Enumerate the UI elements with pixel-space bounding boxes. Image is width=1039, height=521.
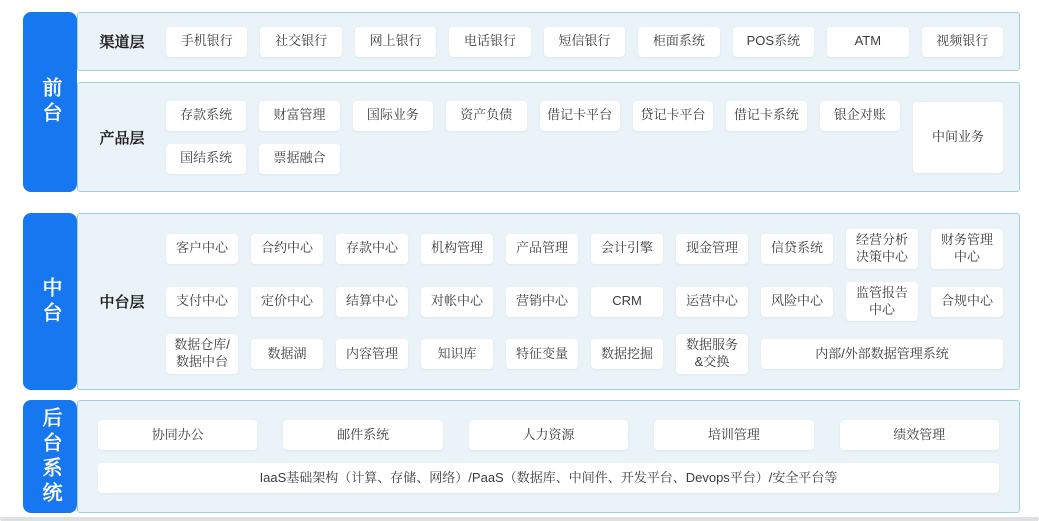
front-office-panels: 渠道层 手机银行社交银行网上银行电话银行短信银行柜面系统POS系统ATM视频银行… <box>77 12 1020 192</box>
chip: 监管报告 中心 <box>846 282 918 322</box>
chip: 短信银行 <box>544 27 625 57</box>
chip: 电话银行 <box>449 27 530 57</box>
chip: 产品管理 <box>506 234 578 264</box>
page-bottom-edge <box>0 517 1039 521</box>
chip: 财务管理 中心 <box>931 229 1003 269</box>
channel-layer-label: 渠道层 <box>78 31 166 52</box>
chip: 运营中心 <box>676 287 748 317</box>
chip-row: 存款系统财富管理国际业务资产负债借记卡平台贷记卡平台借记卡系统银企对账 <box>166 101 900 131</box>
chip: 数据挖掘 <box>591 339 663 369</box>
chip: 银企对账 <box>820 101 900 131</box>
chip: CRM <box>591 287 663 317</box>
chip: 协同办公 <box>98 420 257 450</box>
chip-row: 国结系统票据融合 <box>166 144 900 174</box>
chip: 对帐中心 <box>421 287 493 317</box>
chip: 机构管理 <box>421 234 493 264</box>
chip: 培训管理 <box>654 420 813 450</box>
chip: IaaS基础架构（计算、存储、网络）/PaaS（数据库、中间件、开发平台、Dev… <box>98 463 999 493</box>
chip: 合约中心 <box>251 234 323 264</box>
front-office-bar: 前台 <box>23 12 77 192</box>
chip: 存款中心 <box>336 234 408 264</box>
chip: 数据湖 <box>251 339 323 369</box>
chip: 风险中心 <box>761 287 833 317</box>
chip: 手机银行 <box>166 27 247 57</box>
chip: 支付中心 <box>166 287 238 317</box>
product-layer-rows: 存款系统财富管理国际业务资产负债借记卡平台贷记卡平台借记卡系统银企对账国结系统票… <box>166 101 900 174</box>
chip: 内容管理 <box>336 339 408 369</box>
chip: 现金管理 <box>676 234 748 264</box>
chip: 内部/外部数据管理系统 <box>761 339 1003 369</box>
middle-layer-panel: 中台层 客户中心合约中心存款中心机构管理产品管理会计引擎现金管理信贷系统经营分析… <box>77 213 1020 390</box>
chip: 客户中心 <box>166 234 238 264</box>
middle-layer-label: 中台层 <box>78 291 166 312</box>
chip-row: 数据仓库/ 数据中台数据湖内容管理知识库特征变量数据挖掘数据服务 &交换内部/外… <box>166 334 1003 374</box>
chip: ATM <box>827 27 908 57</box>
channel-layer-rows: 手机银行社交银行网上银行电话银行短信银行柜面系统POS系统ATM视频银行 <box>166 27 1003 57</box>
chip: 借记卡系统 <box>726 101 806 131</box>
chip: 国际业务 <box>353 101 433 131</box>
chip-row: 支付中心定价中心结算中心对帐中心营销中心CRM运营中心风险中心监管报告 中心合规… <box>166 282 1003 322</box>
chip: 票据融合 <box>259 144 339 174</box>
chip: 绩效管理 <box>840 420 999 450</box>
chip: 网上银行 <box>355 27 436 57</box>
bank-architecture-diagram: 前台 渠道层 手机银行社交银行网上银行电话银行短信银行柜面系统POS系统ATM视… <box>0 0 1039 521</box>
product-layer-panel: 产品层 存款系统财富管理国际业务资产负债借记卡平台贷记卡平台借记卡系统银企对账国… <box>77 82 1020 192</box>
chip: 会计引擎 <box>591 234 663 264</box>
middle-layer-rows: 客户中心合约中心存款中心机构管理产品管理会计引擎现金管理信贷系统经营分析 决策中… <box>166 229 1003 374</box>
back-office-rows: 协同办公邮件系统人力资源培训管理绩效管理IaaS基础架构（计算、存储、网络）/P… <box>94 420 1003 493</box>
chip-intermediary-business: 中间业务 <box>913 102 1003 173</box>
channel-layer-panel: 渠道层 手机银行社交银行网上银行电话银行短信银行柜面系统POS系统ATM视频银行 <box>77 12 1020 71</box>
chip: 存款系统 <box>166 101 246 131</box>
chip: 数据服务 &交换 <box>676 334 748 374</box>
chip: 国结系统 <box>166 144 246 174</box>
chip: 信贷系统 <box>761 234 833 264</box>
chip: 财富管理 <box>259 101 339 131</box>
back-office-panel: 协同办公邮件系统人力资源培训管理绩效管理IaaS基础架构（计算、存储、网络）/P… <box>77 400 1020 513</box>
middle-office-panels: 中台层 客户中心合约中心存款中心机构管理产品管理会计引擎现金管理信贷系统经营分析… <box>77 213 1020 390</box>
chip: 数据仓库/ 数据中台 <box>166 334 238 374</box>
section-middle-office: 中台 中台层 客户中心合约中心存款中心机构管理产品管理会计引擎现金管理信贷系统经… <box>23 213 1020 390</box>
chip: 资产负债 <box>446 101 526 131</box>
chip: 借记卡平台 <box>540 101 620 131</box>
chip: 邮件系统 <box>283 420 442 450</box>
product-layer-label: 产品层 <box>78 127 166 148</box>
chip-row: 客户中心合约中心存款中心机构管理产品管理会计引擎现金管理信贷系统经营分析 决策中… <box>166 229 1003 269</box>
chip: 社交银行 <box>260 27 341 57</box>
product-layer-content: 存款系统财富管理国际业务资产负债借记卡平台贷记卡平台借记卡系统银企对账国结系统票… <box>166 101 1003 174</box>
back-office-bar-label: 后台系统 <box>40 407 60 507</box>
section-back-office: 后台系统 协同办公邮件系统人力资源培训管理绩效管理IaaS基础架构（计算、存储、… <box>23 400 1020 513</box>
chip: 合规中心 <box>931 287 1003 317</box>
chip: 定价中心 <box>251 287 323 317</box>
chip: POS系统 <box>733 27 814 57</box>
front-office-bar-label: 前台 <box>40 77 60 127</box>
chip: 特征变量 <box>506 339 578 369</box>
back-office-bar: 后台系统 <box>23 400 77 513</box>
chip: 人力资源 <box>469 420 628 450</box>
chip: 知识库 <box>421 339 493 369</box>
chip: 营销中心 <box>506 287 578 317</box>
chip: 柜面系统 <box>638 27 719 57</box>
chip-row: IaaS基础架构（计算、存储、网络）/PaaS（数据库、中间件、开发平台、Dev… <box>94 463 1003 493</box>
chip: 视频银行 <box>922 27 1003 57</box>
section-front-office: 前台 渠道层 手机银行社交银行网上银行电话银行短信银行柜面系统POS系统ATM视… <box>23 12 1020 192</box>
back-office-panels: 协同办公邮件系统人力资源培训管理绩效管理IaaS基础架构（计算、存储、网络）/P… <box>77 400 1020 513</box>
chip: 贷记卡平台 <box>633 101 713 131</box>
chip-row: 协同办公邮件系统人力资源培训管理绩效管理 <box>94 420 1003 450</box>
chip: 结算中心 <box>336 287 408 317</box>
chip-row: 手机银行社交银行网上银行电话银行短信银行柜面系统POS系统ATM视频银行 <box>166 27 1003 57</box>
chip: 经营分析 决策中心 <box>846 229 918 269</box>
middle-office-bar-label: 中台 <box>40 277 60 327</box>
middle-office-bar: 中台 <box>23 213 77 390</box>
